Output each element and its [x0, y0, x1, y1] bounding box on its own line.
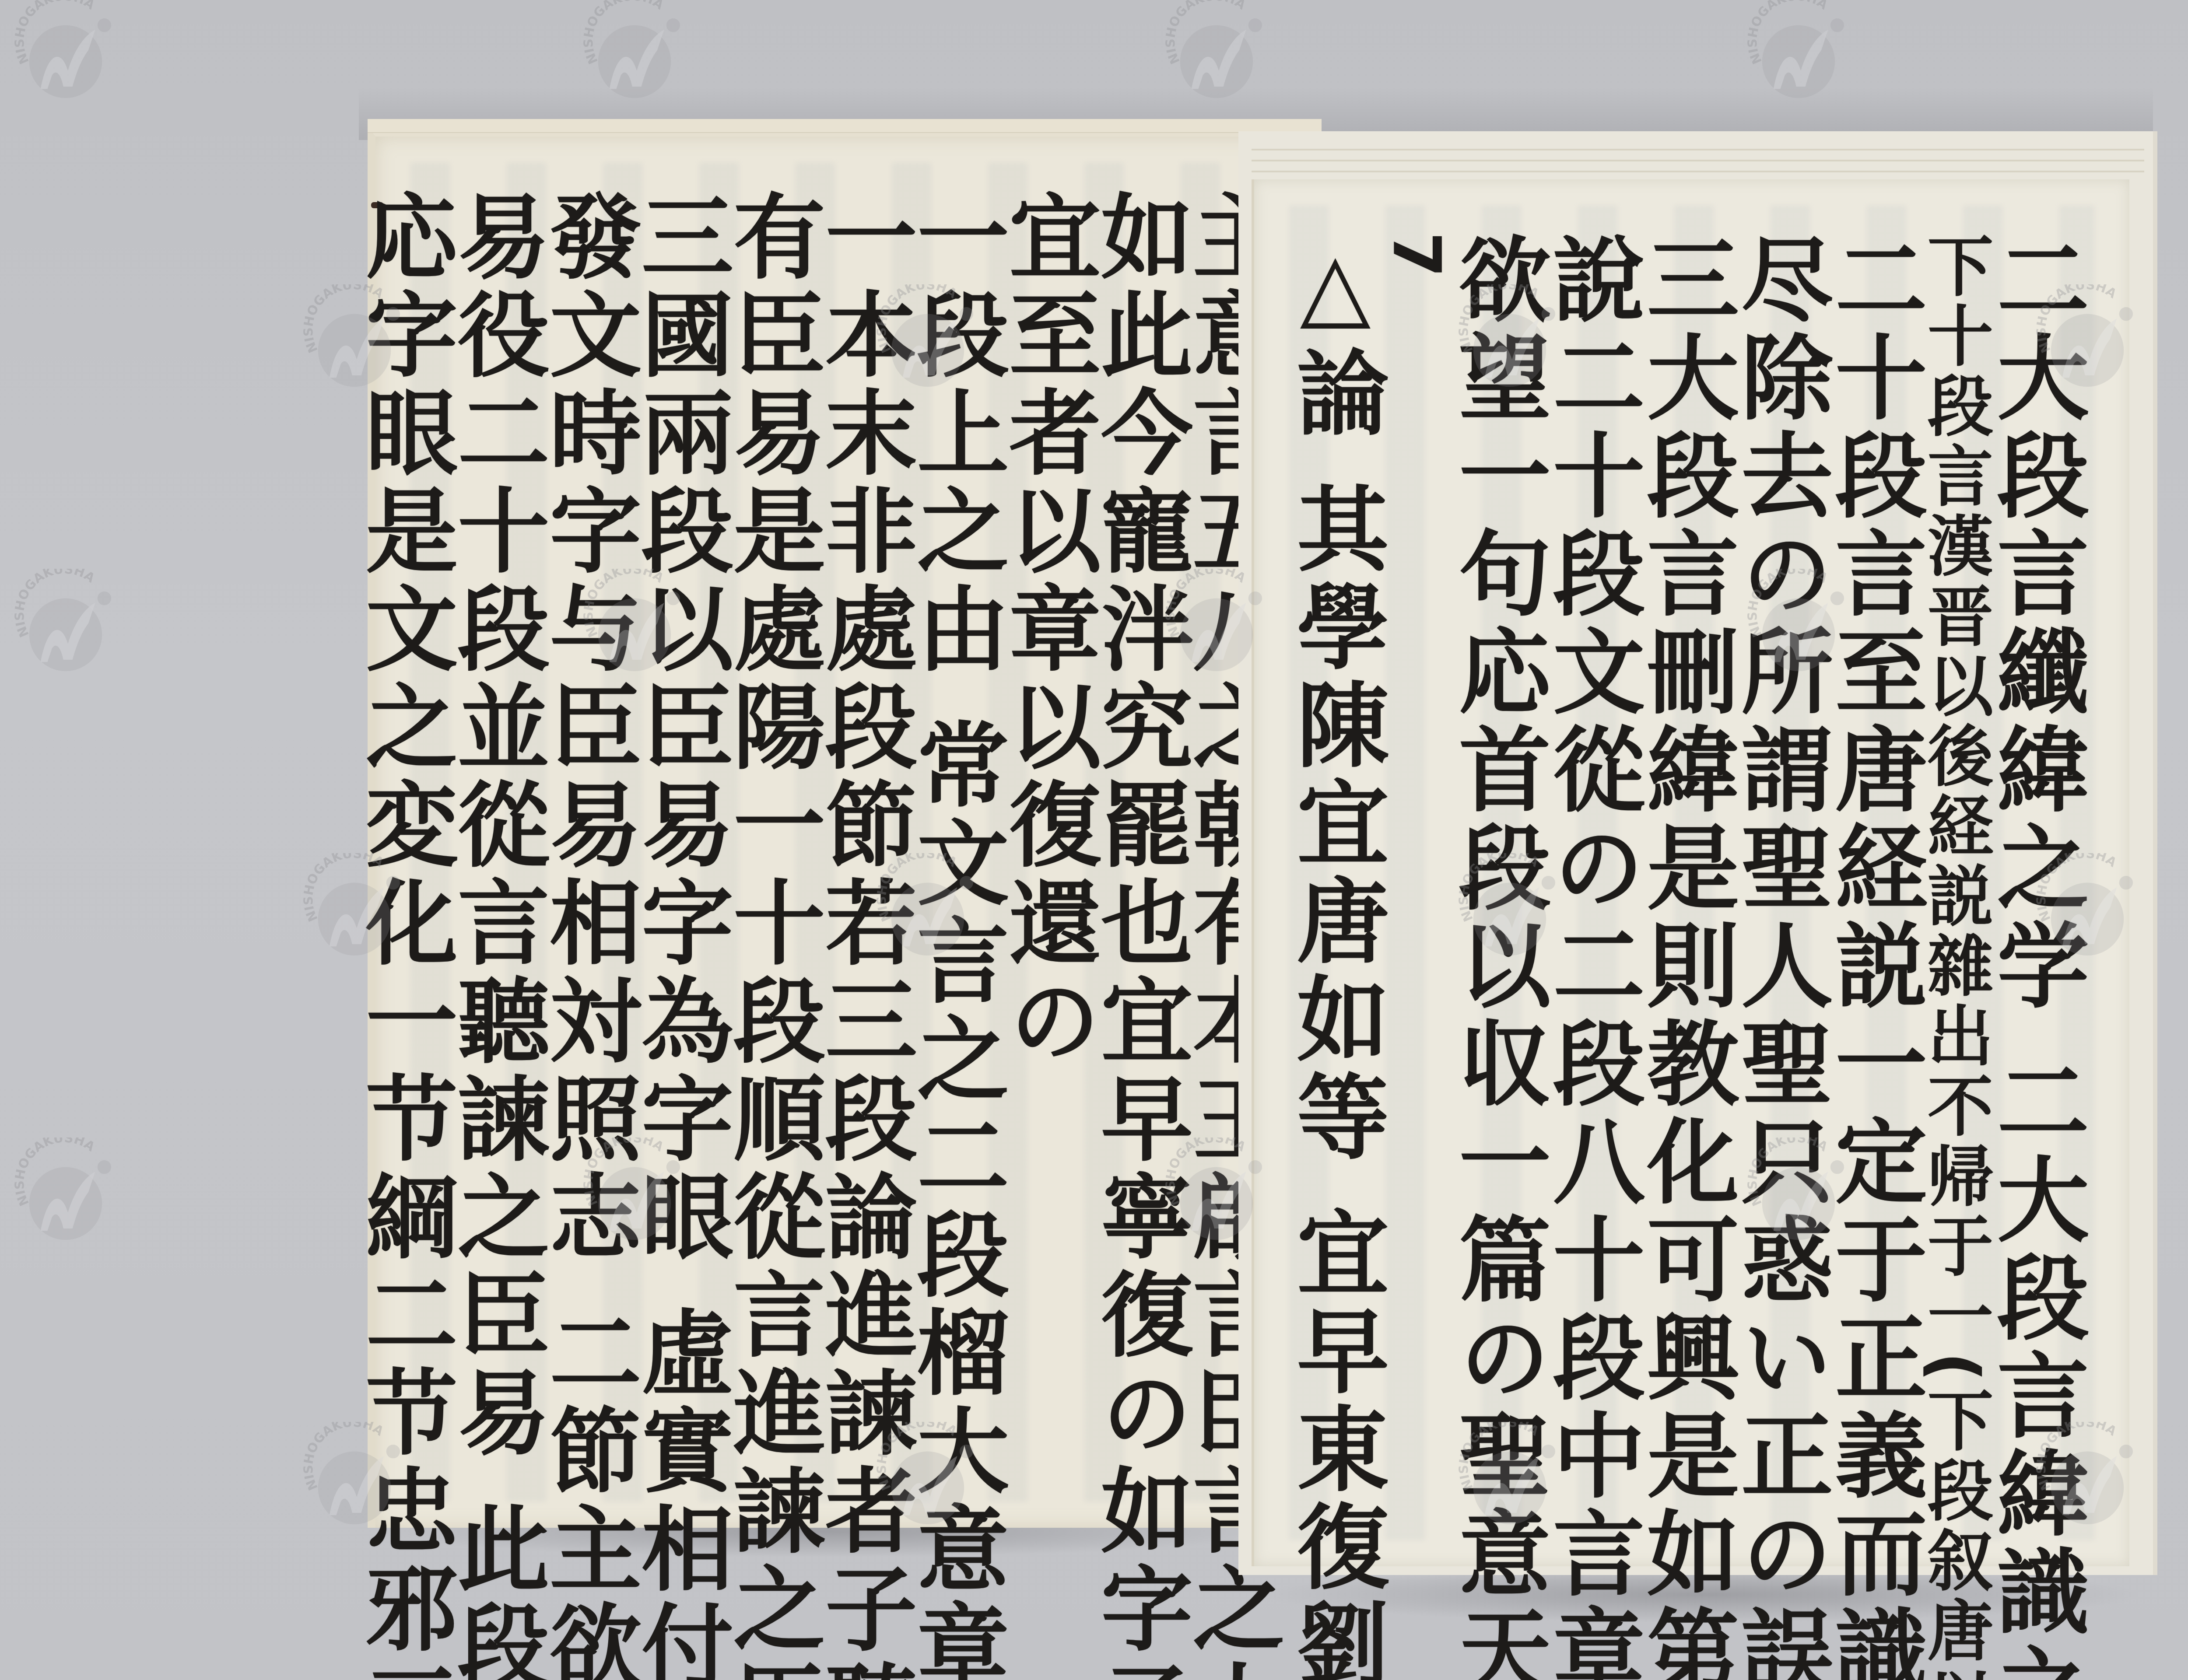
- page-edge-line: [1252, 171, 2144, 172]
- text-column: 說二十段文從の二段八十段中言章い経シテ之: [1545, 232, 1637, 1531]
- text-column: 三國兩段以臣易字為字眼 虛實相付合此文之妙: [634, 189, 726, 1493]
- text-column: 応字眼是文之変化一节綱二节忠邪三节公私: [358, 189, 450, 1493]
- text-column: 欲望一句応首段以収一篇の聖意天子云: [1451, 232, 1543, 1531]
- left-page-text: 主意言五八之朝有本王啟言臣言之大臣其為人 如此今寵泮究罷也宜早寧復の如字子方乃仁…: [437, 189, 1277, 1493]
- text-column: 尽除去の所謂聖人聖只惑い正の誤りし: [1733, 232, 1825, 1531]
- right-page: 二大段言纖緯之学 二大段言緯識之非経(三之) 下十段言漢晋以後経説雜出不帰于一(…: [1252, 179, 2129, 1566]
- text-column: 宜至者以章以復還の: [1001, 189, 1093, 1493]
- text-column: △論 其學陳宜唐如等 宜早東復劉子: [1289, 232, 1381, 1531]
- text-column: 7: [1383, 232, 1449, 1531]
- text-column: 有臣易是處陽一十段順從言進諫之臣易一者苦: [726, 189, 817, 1493]
- right-page-text: 二大段言纖緯之学 二大段言緯識之非経(三之) 下十段言漢晋以後経説雜出不帰于一(…: [1289, 232, 2081, 1531]
- text-column: 下十段言漢晋以後経説雜出不帰于一(下段叙唐以前紛乗: [1922, 232, 1987, 1531]
- text-column: 一段上之由 常文言之二段榴大意章年生之朝者: [909, 189, 1001, 1493]
- text-column: 一本末非處段節若三段論進諫者子聽諫者右有: [817, 189, 909, 1493]
- left-page: 主意言五八之朝有本王啟言臣言之大臣其為人 如此今寵泮究罷也宜早寧復の如字子方乃仁…: [368, 127, 1321, 1528]
- left-page-top-edge: [368, 119, 1322, 133]
- text-column: 三大段言刪緯是則教化可興是如第五十段正: [1639, 232, 1731, 1531]
- page-edge-line: [1252, 149, 2144, 150]
- page-edge-line: [1252, 160, 2144, 161]
- text-column: 如此今寵泮究罷也宜早寧復の如字子方乃仁英神: [1093, 189, 1185, 1493]
- text-column: 二十段言至唐経説一定于正義而識緯之說未: [1827, 232, 1919, 1531]
- text-column: 易役二十段並從言聽諫之臣易 此段出術字照: [450, 189, 542, 1493]
- text-column: 二大段言纖緯之学 二大段言緯識之非経(三之): [1989, 232, 2081, 1531]
- text-column: 發文時字与臣易相対照志 二節主欲言二句役臣: [542, 189, 634, 1493]
